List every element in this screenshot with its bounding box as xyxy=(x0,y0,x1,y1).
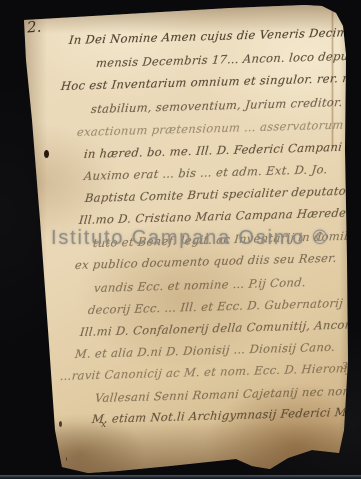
handwriting-line: vandis Ecc. et nomine … P.ij Cond. xyxy=(93,275,306,295)
handwriting-line: exactionum prætensionum … asservatorum xyxy=(76,118,344,139)
handwriting-line: mensis Decembris 17… Ancon. loco deputat… xyxy=(95,48,361,70)
handwriting-line: tuto et Benef. legit. ac Inventarij in d… xyxy=(92,229,356,250)
page-number: 2. xyxy=(26,18,42,37)
manuscript-page: 2. In Dei Nomine Amen cujus die Veneris … xyxy=(0,0,361,479)
right-margin-mark: 36 xyxy=(342,362,353,372)
handwriting-line: decorij Ecc. … Ill. et Ecc. D. Gubernato… xyxy=(87,295,360,317)
ink-specks xyxy=(44,150,49,158)
cross-mark: x xyxy=(101,420,106,430)
handwriting-line: M. etiam Not.li Archigymnasij Federici M… xyxy=(91,404,361,426)
scan-edge-strip xyxy=(0,475,361,479)
handwriting-line: Auximo erat … bis … et adm. Ext. D. Jo. xyxy=(83,162,328,183)
photo-frame: 2. In Dei Nomine Amen cujus die Veneris … xyxy=(0,0,361,479)
handwriting-line: Hoc est Inventarium omnium et singulor. … xyxy=(60,70,361,93)
handwriting-line: In Dei Nomine Amen cujus die Veneris Dec… xyxy=(68,24,361,47)
handwriting-line: in hæred. bo. me. Ill. D. Federici Campa… xyxy=(83,139,361,161)
handwriting-line: Vallesani Senni Romani Cajetanij nec non xyxy=(94,384,351,405)
handwriting-line: Baptista Comite Bruti specialiter deputa… xyxy=(84,183,361,205)
handwriting-line: M. et alia D.ni D. Dionisij … Dionisij C… xyxy=(74,340,336,361)
handwriting-line: Ill.mo D. Cristiano Maria Campana Hærede… xyxy=(78,205,361,227)
handwriting-line: ex publico documento quod diis seu Reser… xyxy=(74,251,337,272)
handwriting-line: stabilium, semoventium, Jurium creditor. xyxy=(90,95,343,116)
handwriting-line: …ravit Canonicij ac M. et nom. Ecc. D. H… xyxy=(59,361,352,383)
handwriting-line: Ill.mi D. Confalonerij della Comunitij, … xyxy=(79,317,361,339)
